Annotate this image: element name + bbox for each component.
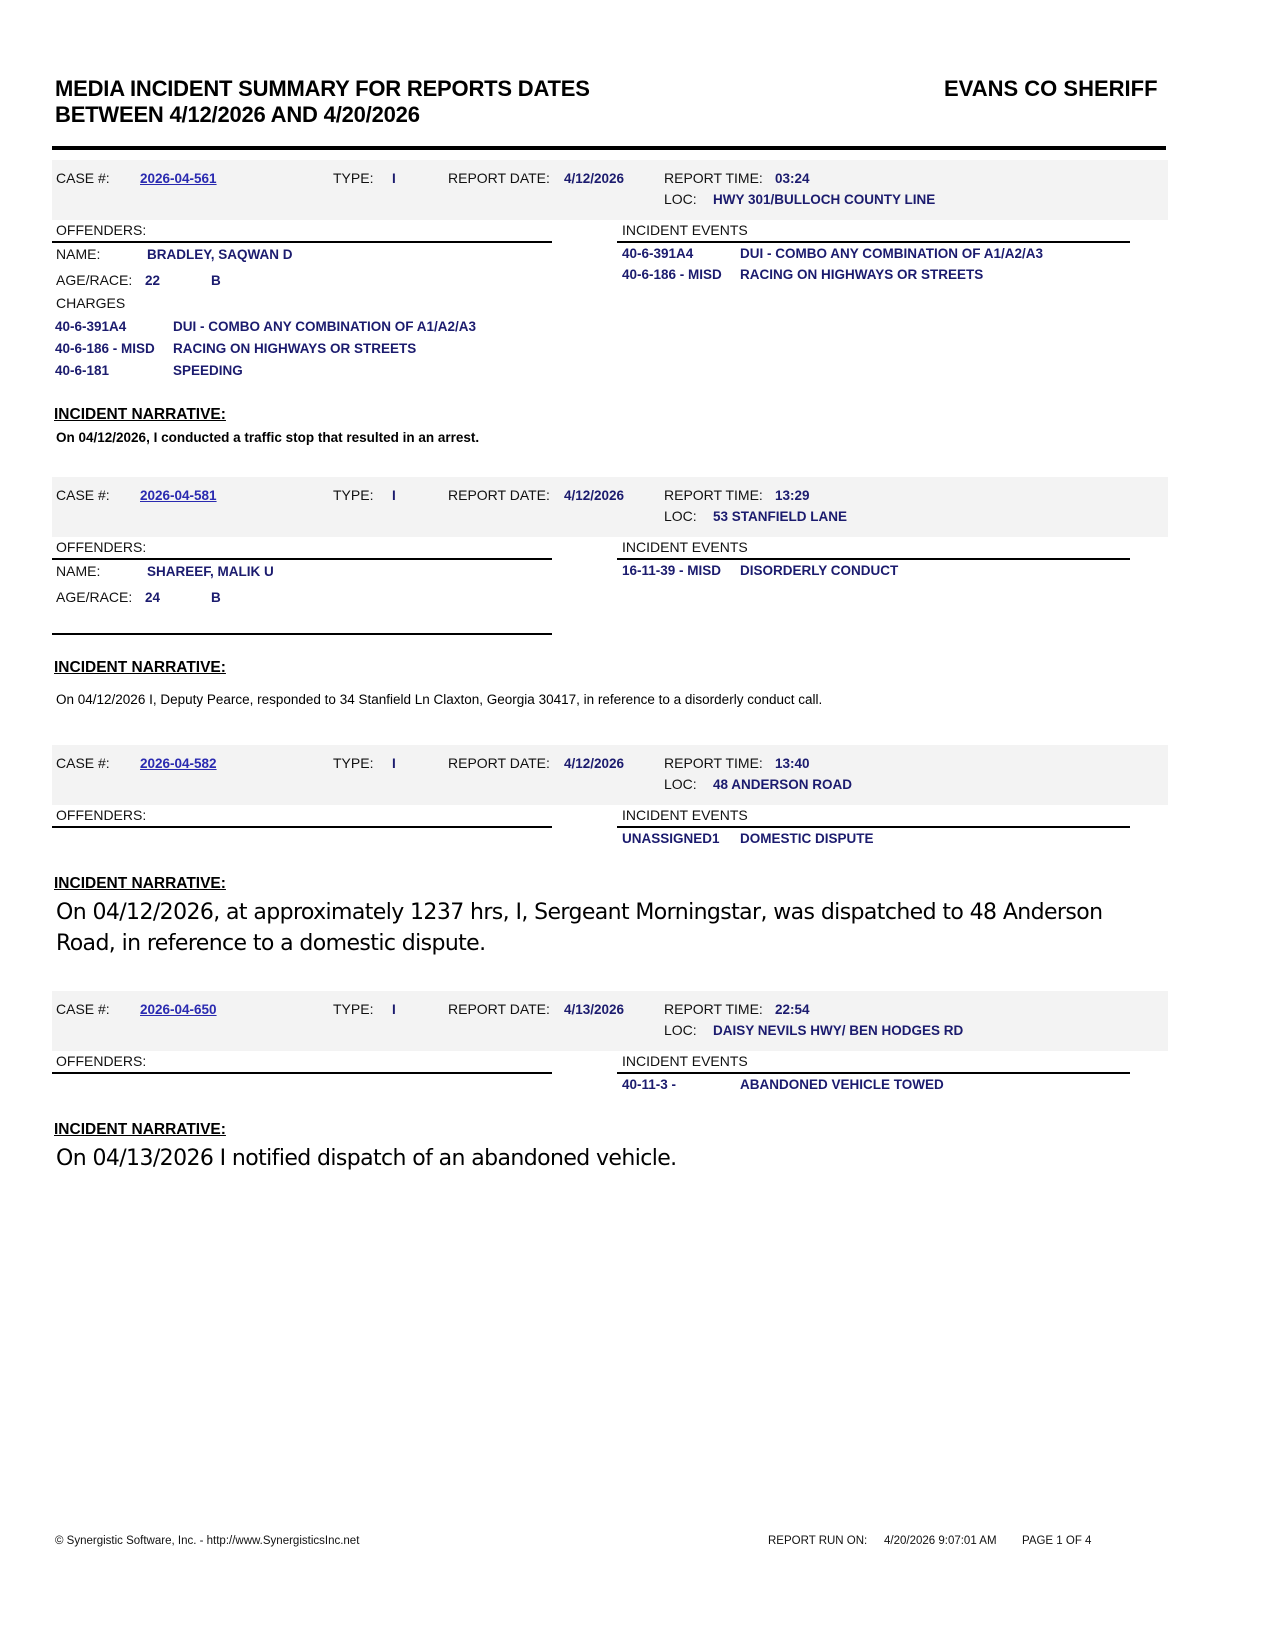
offenders-divider	[52, 241, 552, 243]
type-value: I	[392, 171, 396, 186]
charge-code: 40-6-181	[55, 363, 109, 378]
incident-events-divider	[617, 558, 1130, 560]
header-divider	[52, 146, 1166, 150]
event-desc: DISORDERLY CONDUCT	[740, 563, 898, 578]
report-time-value: 13:40	[775, 756, 810, 771]
event-code: 40-11-3 -	[622, 1077, 676, 1092]
loc-value: DAISY NEVILS HWY/ BEN HODGES RD	[713, 1023, 963, 1038]
offenders-divider	[52, 1072, 552, 1074]
type-label: TYPE:	[333, 1001, 373, 1017]
footer-page-number: PAGE 1 OF 4	[1022, 1535, 1091, 1547]
age-race-label: AGE/RACE:	[56, 272, 132, 288]
narrative-text: On 04/12/2026 I, Deputy Pearce, responde…	[56, 692, 822, 707]
loc-label: LOC:	[664, 1022, 697, 1038]
incident-events-divider	[617, 1072, 1130, 1074]
event-desc: DOMESTIC DISPUTE	[740, 831, 874, 846]
case-number-link[interactable]: 2026-04-582	[140, 756, 217, 771]
narrative-text: On 04/12/2026, I conducted a traffic sto…	[56, 430, 479, 445]
offenders-divider	[52, 826, 552, 828]
footer-report-run-label: REPORT RUN ON:	[768, 1535, 867, 1547]
narrative-text: On 04/12/2026, at approximately 1237 hrs…	[56, 897, 1166, 959]
report-date-label: REPORT DATE:	[448, 170, 550, 186]
report-time-label: REPORT TIME:	[664, 1001, 763, 1017]
offenders-divider	[52, 558, 552, 560]
narrative-heading: INCIDENT NARRATIVE:	[54, 659, 226, 677]
loc-label: LOC:	[664, 776, 697, 792]
charge-desc: RACING ON HIGHWAYS OR STREETS	[173, 341, 416, 356]
report-time-value: 13:29	[775, 488, 810, 503]
case-label: CASE #:	[56, 755, 110, 771]
report-time-label: REPORT TIME:	[664, 755, 763, 771]
report-date-value: 4/12/2026	[564, 488, 624, 503]
event-code: 40-6-391A4	[622, 246, 693, 261]
report-time-value: 22:54	[775, 1002, 810, 1017]
offender-age: 22	[145, 273, 160, 288]
offender-race: B	[211, 590, 221, 605]
report-date-value: 4/12/2026	[564, 756, 624, 771]
loc-value: 48 ANDERSON ROAD	[713, 777, 852, 792]
event-code: UNASSIGNED1	[622, 831, 720, 846]
offender-name: BRADLEY, SAQWAN D	[147, 247, 293, 262]
event-desc: DUI - COMBO ANY COMBINATION OF A1/A2/A3	[740, 246, 1043, 261]
loc-label: LOC:	[664, 508, 697, 524]
report-date-label: REPORT DATE:	[448, 487, 550, 503]
case-label: CASE #:	[56, 487, 110, 503]
case-header-band	[52, 477, 1168, 537]
age-race-label: AGE/RACE:	[56, 589, 132, 605]
report-time-label: REPORT TIME:	[664, 170, 763, 186]
loc-value: HWY 301/BULLOCH COUNTY LINE	[713, 192, 935, 207]
narrative-text: On 04/13/2026 I notified dispatch of an …	[56, 1143, 1166, 1174]
event-code: 40-6-186 - MISD	[622, 267, 722, 282]
offender-name: SHAREEF, MALIK U	[147, 564, 274, 579]
report-title-line1: MEDIA INCIDENT SUMMARY FOR REPORTS DATES	[55, 76, 590, 102]
charge-desc: DUI - COMBO ANY COMBINATION OF A1/A2/A3	[173, 319, 476, 334]
report-date-value: 4/13/2026	[564, 1002, 624, 1017]
name-label: NAME:	[56, 246, 100, 262]
charge-code: 40-6-391A4	[55, 319, 126, 334]
name-label: NAME:	[56, 563, 100, 579]
incident-events-divider	[617, 826, 1130, 828]
offenders-end-divider	[52, 633, 552, 635]
offenders-label: OFFENDERS:	[56, 539, 146, 555]
offenders-label: OFFENDERS:	[56, 1053, 146, 1069]
case-label: CASE #:	[56, 170, 110, 186]
incident-events-label: INCIDENT EVENTS	[622, 539, 748, 555]
charge-code: 40-6-186 - MISD	[55, 341, 155, 356]
event-desc: ABANDONED VEHICLE TOWED	[740, 1077, 944, 1092]
offender-age: 24	[145, 590, 160, 605]
report-date-value: 4/12/2026	[564, 171, 624, 186]
loc-value: 53 STANFIELD LANE	[713, 509, 847, 524]
type-label: TYPE:	[333, 755, 373, 771]
case-label: CASE #:	[56, 1001, 110, 1017]
offender-race: B	[211, 273, 221, 288]
charges-label: CHARGES	[56, 295, 125, 311]
report-time-value: 03:24	[775, 171, 810, 186]
case-header-band	[52, 991, 1168, 1051]
case-number-link[interactable]: 2026-04-581	[140, 488, 217, 503]
report-time-label: REPORT TIME:	[664, 487, 763, 503]
report-date-label: REPORT DATE:	[448, 755, 550, 771]
incident-events-label: INCIDENT EVENTS	[622, 1053, 748, 1069]
event-desc: RACING ON HIGHWAYS OR STREETS	[740, 267, 983, 282]
narrative-heading: INCIDENT NARRATIVE:	[54, 406, 226, 424]
charge-desc: SPEEDING	[173, 363, 243, 378]
narrative-heading: INCIDENT NARRATIVE:	[54, 875, 226, 893]
offenders-label: OFFENDERS:	[56, 807, 146, 823]
report-title-line2: BETWEEN 4/12/2026 AND 4/20/2026	[55, 102, 590, 128]
case-number-link[interactable]: 2026-04-561	[140, 171, 217, 186]
loc-label: LOC:	[664, 191, 697, 207]
case-header-band	[52, 745, 1168, 805]
agency-name: EVANS CO SHERIFF	[944, 76, 1158, 102]
case-header-band	[52, 160, 1168, 220]
footer-report-run-value: 4/20/2026 9:07:01 AM	[884, 1535, 997, 1547]
type-value: I	[392, 756, 396, 771]
report-title: MEDIA INCIDENT SUMMARY FOR REPORTS DATES…	[55, 76, 590, 128]
type-label: TYPE:	[333, 170, 373, 186]
incident-events-label: INCIDENT EVENTS	[622, 222, 748, 238]
offenders-label: OFFENDERS:	[56, 222, 146, 238]
report-date-label: REPORT DATE:	[448, 1001, 550, 1017]
case-number-link[interactable]: 2026-04-650	[140, 1002, 217, 1017]
footer-copyright: © Synergistic Software, Inc. - http://ww…	[55, 1535, 359, 1547]
incident-events-divider	[617, 241, 1130, 243]
type-value: I	[392, 1002, 396, 1017]
type-label: TYPE:	[333, 487, 373, 503]
event-code: 16-11-39 - MISD	[622, 563, 721, 578]
narrative-heading: INCIDENT NARRATIVE:	[54, 1121, 226, 1139]
incident-events-label: INCIDENT EVENTS	[622, 807, 748, 823]
type-value: I	[392, 488, 396, 503]
report-page: MEDIA INCIDENT SUMMARY FOR REPORTS DATES…	[0, 0, 1275, 1650]
